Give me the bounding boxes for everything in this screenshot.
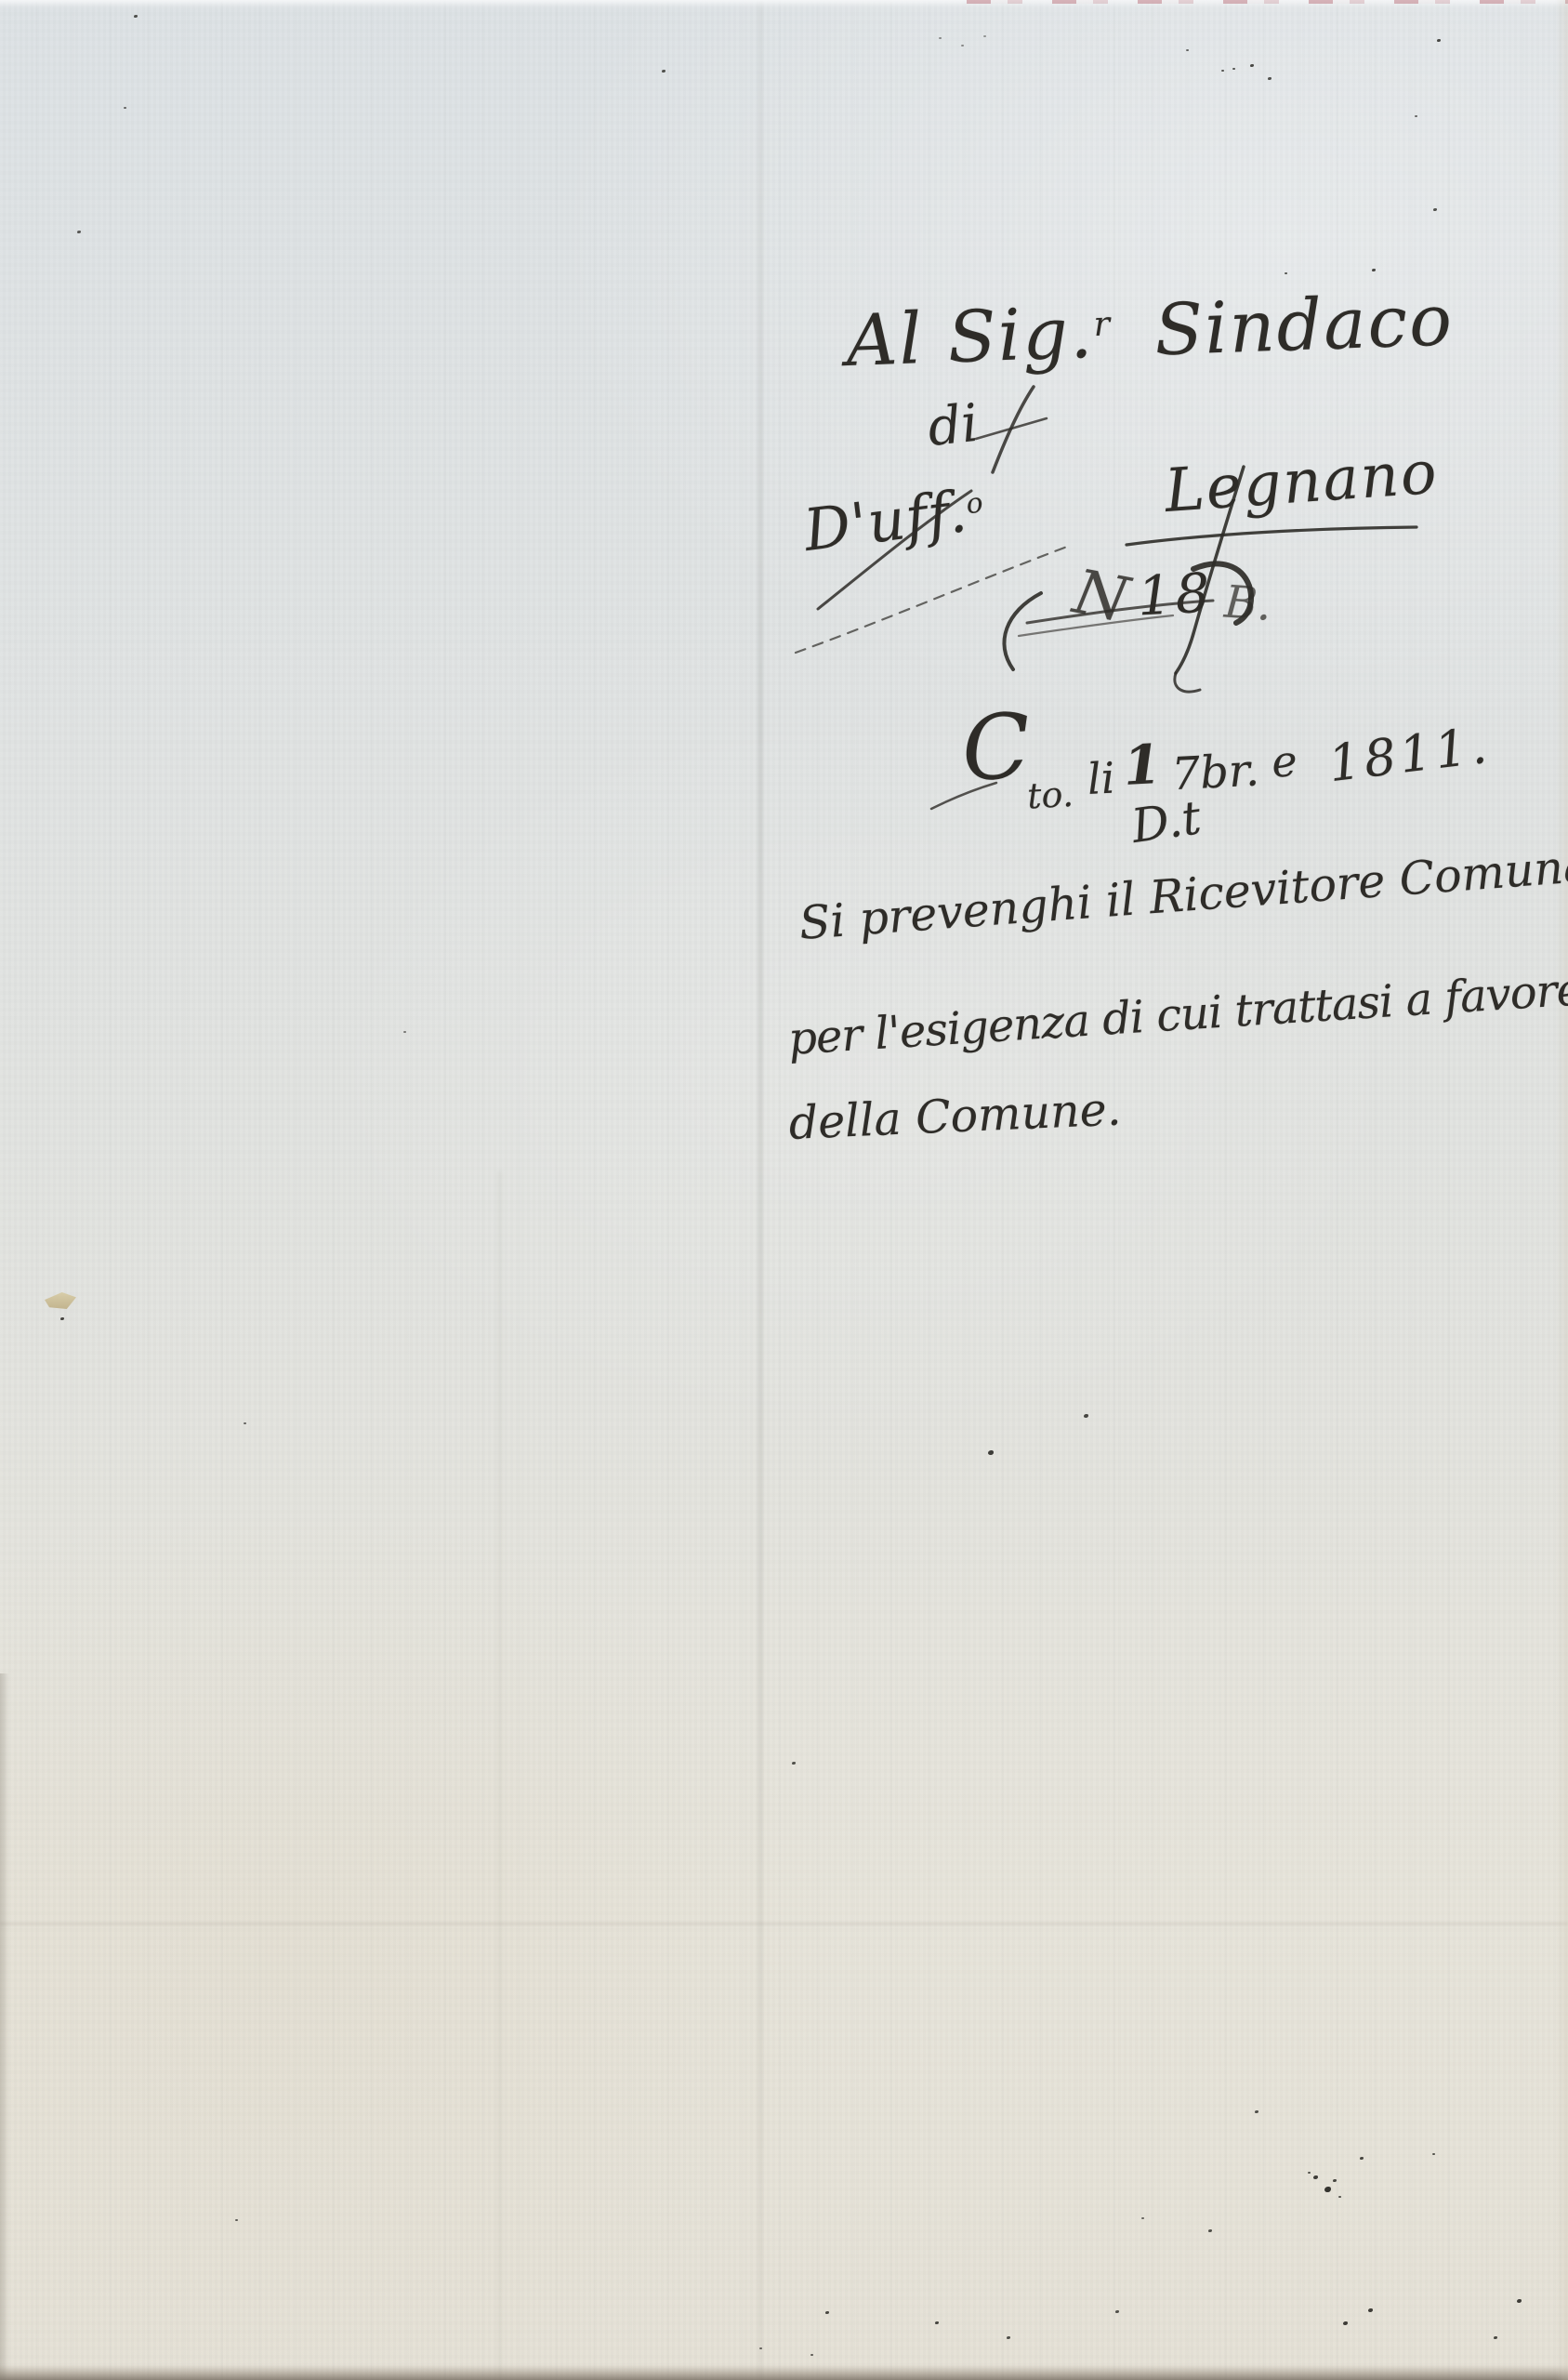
di-cancel-stroke — [993, 387, 1034, 472]
ink-speck — [1285, 272, 1287, 274]
salutation-superscript: r — [1093, 303, 1113, 344]
office-note-superscript: o — [964, 486, 985, 521]
ink-speck — [124, 107, 126, 109]
date-month-superscript: e — [1271, 735, 1298, 787]
manuscript-page: Al Sig.rSindaco di D'uff.o Legnano N18B.… — [0, 0, 1568, 2380]
ink-speck — [662, 70, 665, 73]
protocol-suffix: B. — [1222, 576, 1272, 631]
ink-speck — [792, 1762, 796, 1765]
ink-speck — [1343, 2321, 1348, 2325]
date-day: 1 — [1122, 733, 1164, 798]
ink-speck — [1432, 2153, 1435, 2155]
body-line-3: della Comune. — [788, 1082, 1123, 1150]
office-note-text: D'uff. — [800, 477, 971, 564]
ink-speck — [939, 37, 942, 39]
right-edge-shade — [1555, 0, 1568, 2380]
vertical-fold-line — [758, 0, 762, 2380]
bottom-edge-shadow — [0, 2365, 1568, 2380]
ink-speck — [134, 15, 138, 18]
ink-speck — [1313, 2175, 1318, 2179]
ink-speck — [1415, 115, 1417, 117]
ink-speck — [983, 35, 986, 37]
date-place-initial: C — [959, 694, 1033, 801]
ink-speck — [1186, 49, 1189, 51]
ink-speck — [1324, 2187, 1331, 2192]
ink-speck — [244, 1422, 246, 1424]
protocol-letter-cancelled: N — [1068, 556, 1134, 637]
ink-speck — [935, 2321, 939, 2324]
ink-speck — [235, 2219, 238, 2221]
vertical-fold-line-faint — [498, 1171, 501, 2380]
docket-mark: D.t — [1128, 790, 1205, 853]
left-edge-shade — [0, 1673, 9, 2380]
ink-speck — [1368, 2308, 1373, 2312]
ink-speck — [1255, 2110, 1258, 2113]
place-name: Legnano — [1163, 439, 1441, 526]
ink-speck — [1308, 2172, 1311, 2174]
uff-strike-dashed — [796, 547, 1067, 653]
addressee-line: Al Sig.rSindaco — [845, 278, 1455, 382]
protocol-number-line: N18B. — [1073, 551, 1273, 633]
ink-speck — [988, 1450, 994, 1455]
date-li: li — [1087, 753, 1116, 804]
date-place-abbrev: to. — [1026, 773, 1074, 817]
ink-speck — [1433, 208, 1437, 211]
addressee-name: Sindaco — [1153, 278, 1456, 371]
body-line-2: per l'esigenza di cui trattasi a favore — [786, 963, 1568, 1065]
ink-speck — [1007, 2336, 1010, 2339]
ink-speck — [1232, 68, 1235, 70]
office-note: D'uff.o — [800, 475, 988, 564]
horizontal-crease — [0, 1923, 1568, 1925]
protocol-paren-flourish — [1004, 593, 1041, 669]
ink-speck — [1268, 77, 1272, 80]
ink-speck — [1084, 1414, 1088, 1418]
ink-speck — [1141, 2217, 1144, 2219]
ink-speck — [1333, 2179, 1337, 2182]
ink-speck — [1221, 70, 1224, 72]
di-cross-stroke — [976, 418, 1047, 439]
ink-speck — [961, 45, 964, 46]
ink-speck — [1208, 2229, 1212, 2232]
ink-speck — [77, 231, 81, 233]
ink-speck — [60, 1317, 64, 1320]
ink-speck — [825, 2311, 829, 2314]
legnano-underline — [1127, 527, 1416, 545]
ink-speck — [1115, 2310, 1119, 2313]
protocol-number: 18 — [1136, 561, 1215, 628]
ink-speck — [1494, 2336, 1497, 2339]
ink-speck — [810, 2354, 813, 2356]
date-year: 1811. — [1325, 715, 1494, 793]
ink-speck — [1250, 64, 1254, 67]
ink-speck — [1517, 2299, 1522, 2303]
paper-chip-defect — [45, 1292, 76, 1309]
date-line: Cto.li17br.e1811. — [959, 674, 1419, 801]
salutation-text: Al Sig. — [845, 291, 1095, 382]
ink-speck — [759, 2347, 762, 2349]
ink-speck — [1360, 2157, 1364, 2160]
ink-speck — [403, 1031, 406, 1033]
ink-speck — [1437, 39, 1441, 42]
word-gap — [1113, 354, 1155, 356]
body-line-1: Si prevenghi il Ricevitore Comunale — [797, 836, 1568, 950]
ink-speck — [1372, 269, 1376, 271]
top-edge-scan-artifact — [967, 0, 1568, 4]
preposition-di: di — [925, 393, 981, 458]
ink-speck — [1338, 2196, 1341, 2198]
